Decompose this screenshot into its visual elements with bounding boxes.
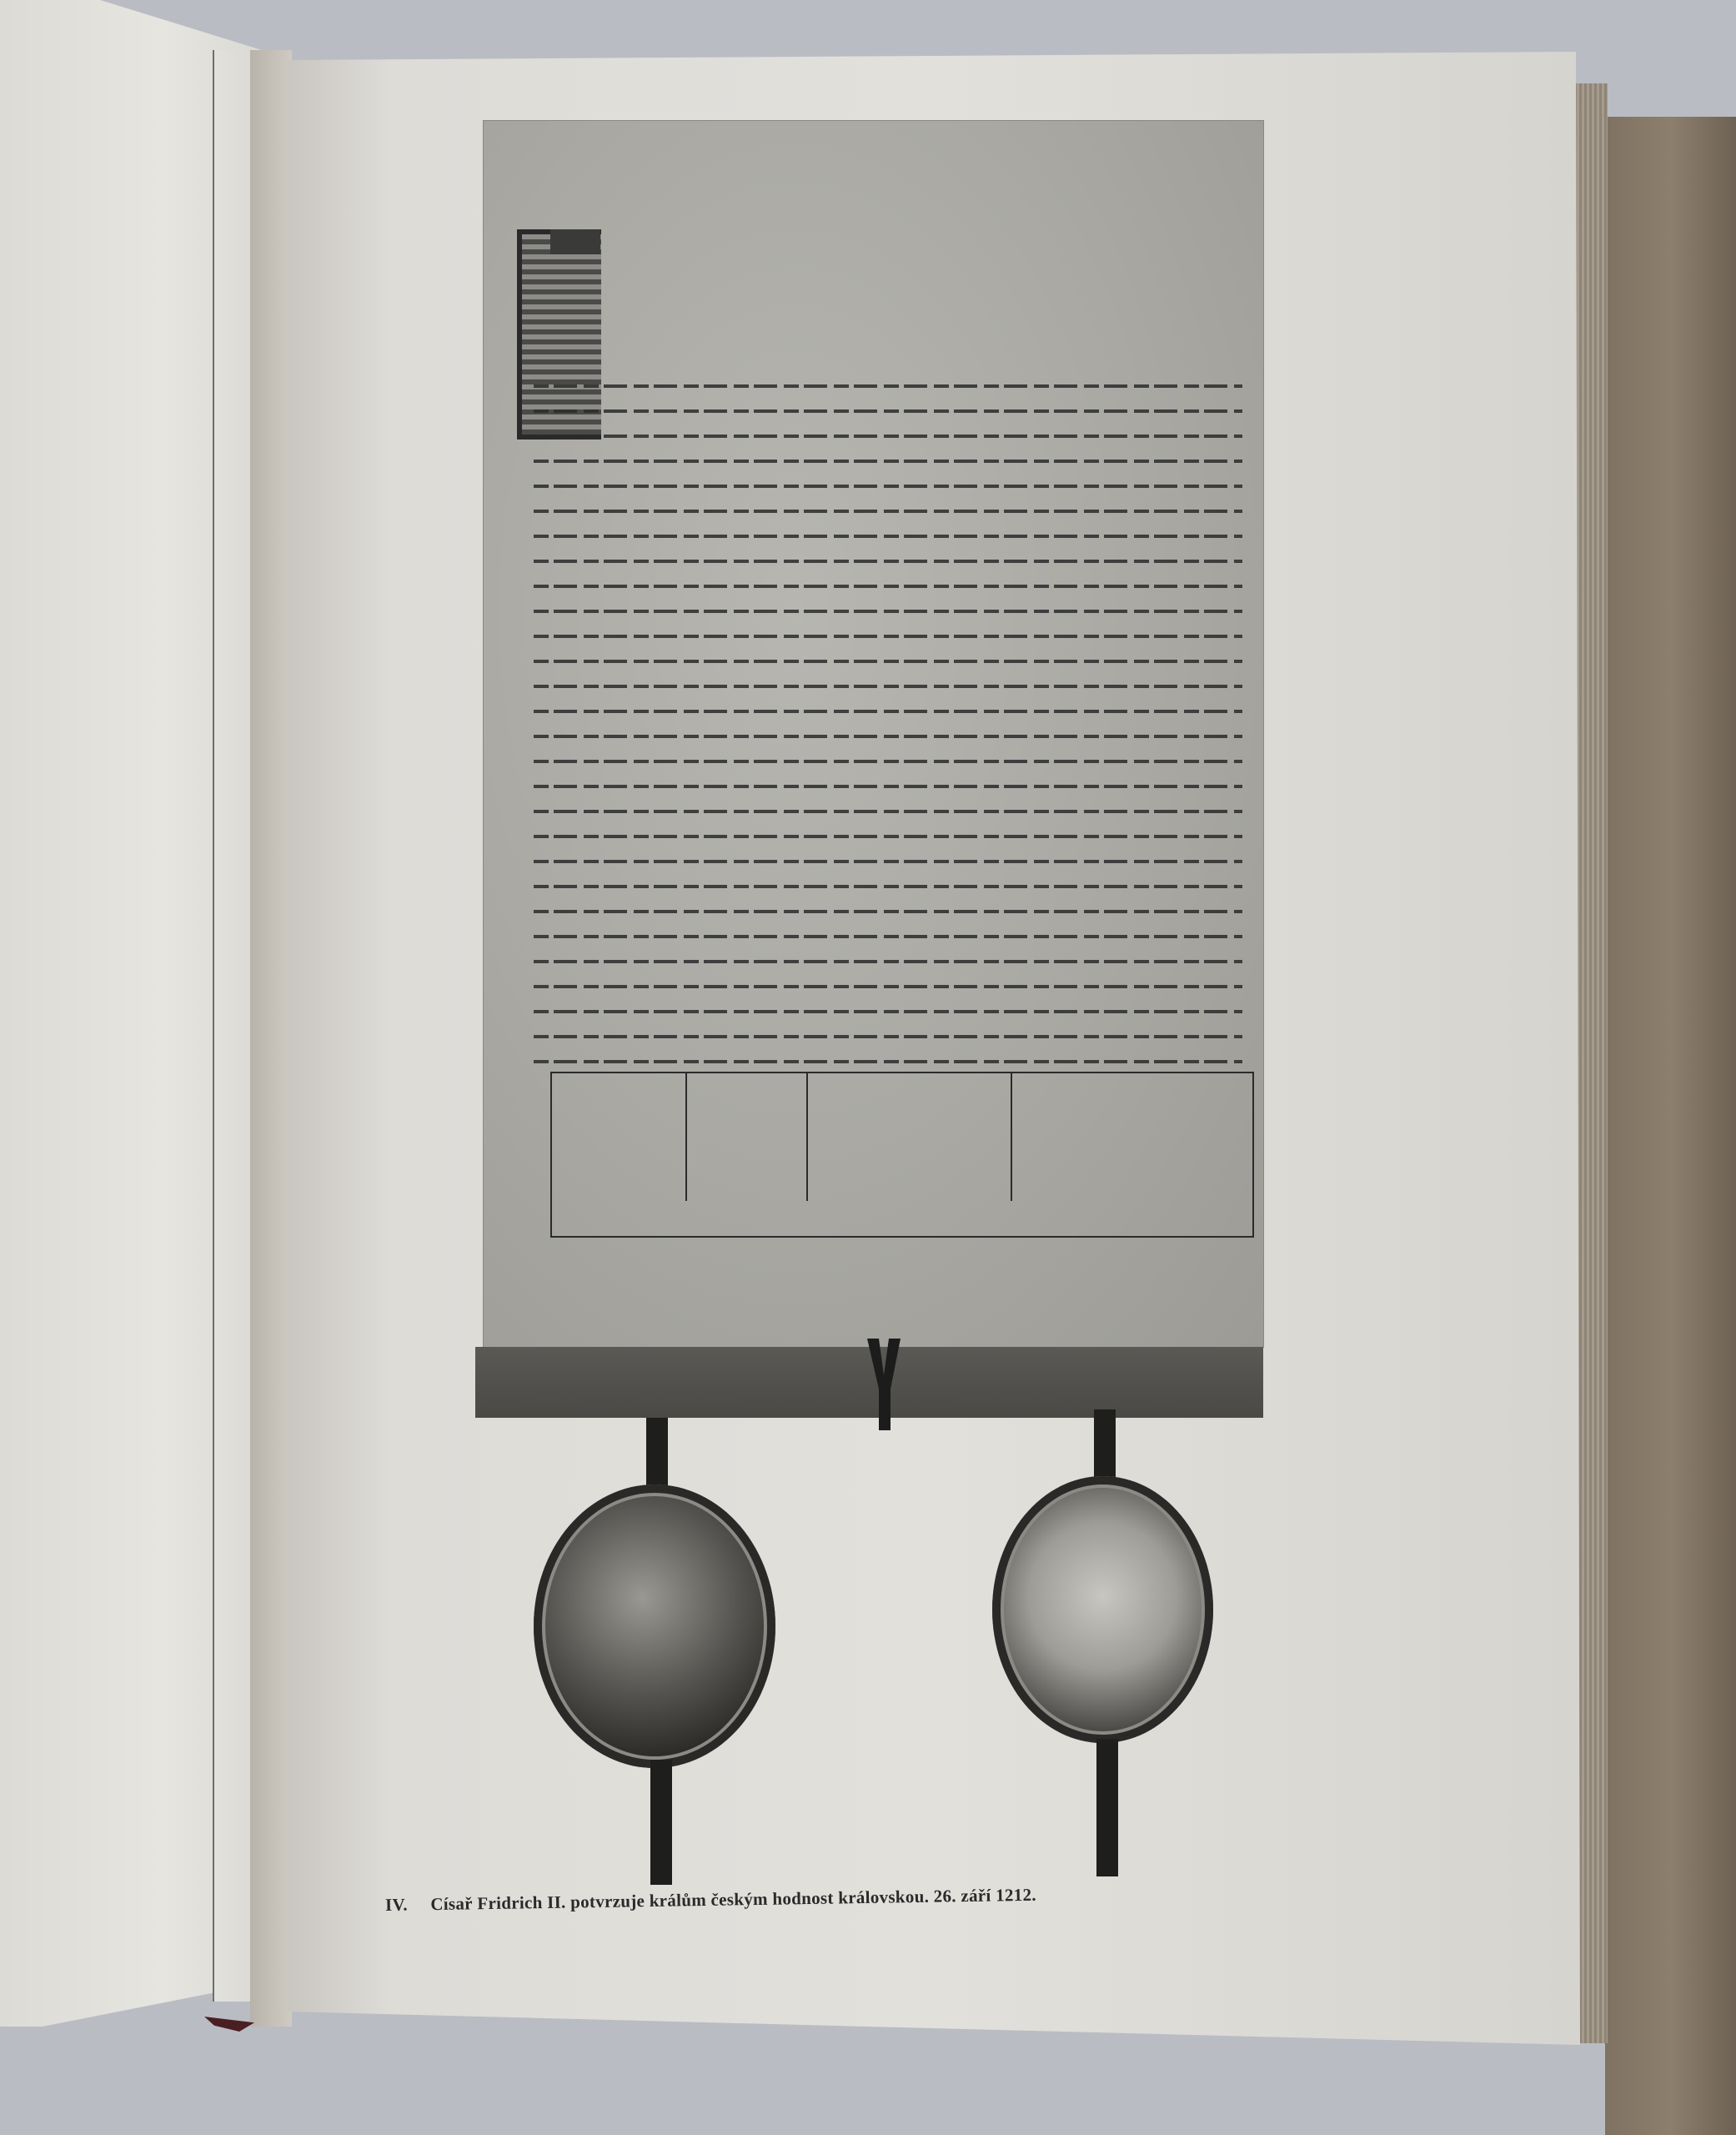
charter-image xyxy=(484,121,1263,1347)
seal-cord-left-top xyxy=(646,1418,668,1493)
seal-cord-right-bottom xyxy=(1096,1739,1118,1876)
seal-right xyxy=(992,1476,1213,1743)
book-gutter xyxy=(250,50,292,2027)
seal-cord-left-bottom xyxy=(650,1760,672,1885)
initial-f-crossbar xyxy=(550,229,600,254)
book-cover xyxy=(1605,117,1736,2135)
plate-number: IV. xyxy=(385,1895,408,1915)
seal-left xyxy=(534,1484,775,1768)
plica-fold xyxy=(475,1347,1263,1418)
charter-text xyxy=(534,363,1242,1063)
witness-list-box xyxy=(550,1072,1254,1238)
seal-cord-right-top xyxy=(1094,1409,1116,1484)
binding-corner xyxy=(204,2017,254,2032)
